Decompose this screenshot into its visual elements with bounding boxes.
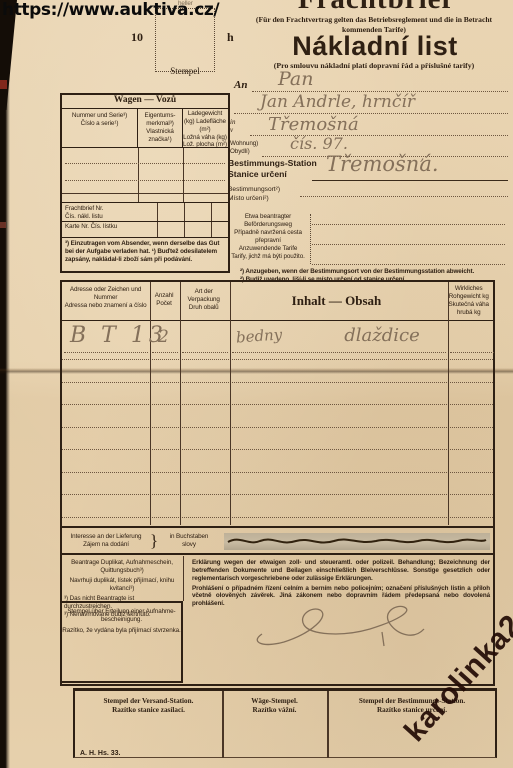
cargo-empty-row xyxy=(62,449,493,472)
wagen-entry-line xyxy=(65,162,225,164)
wagen-col-owner-cs: Vlastnická značka¹) xyxy=(146,128,174,143)
route-line xyxy=(312,230,505,245)
scan-edge xyxy=(0,0,10,768)
station-handwriting: Třemošná. xyxy=(326,152,439,176)
wagen-karte-row: Karte Nr. Čís. lístku xyxy=(62,222,228,238)
in-label-cs: v xyxy=(230,126,233,134)
wagen-col-load-cs: Ložná váha (kg) Lož. plocha (m²) xyxy=(183,134,227,147)
wagen-col-number: Nummer und Serie³) Číslo a serie¹) xyxy=(62,109,138,147)
route-footnote-de: ²) Anzugeben, wenn der Bestimmungsort vo… xyxy=(240,268,474,275)
tarife-label: Anzuwendende Tarife Tarify, jichž má být… xyxy=(228,245,308,261)
station-label-de: Bestimmungs-Station xyxy=(228,158,317,168)
wagen-entry-line xyxy=(65,179,225,181)
station-label-cs: Stanice určení xyxy=(228,169,287,179)
erklaerung-de: Erklärung wegen der etwaigen zoll- und s… xyxy=(192,559,490,582)
interesse-label: Interesse an der Lieferung Zájem na dodá… xyxy=(62,533,150,549)
befoerderungsweg-cs: Případně navržená cesta přepravní xyxy=(234,229,302,244)
duplikat-de: Beantrage Duplikat, Aufnahmeschein, Quit… xyxy=(71,559,173,574)
cargo-row-line xyxy=(152,351,178,353)
ort-label: Bestimmungsort²) Místo určení²) xyxy=(228,186,280,203)
red-mark xyxy=(0,222,6,228)
wagen-karte-cell xyxy=(184,222,211,237)
tarife-cs: Tarify, jichž má býti použito. xyxy=(231,253,305,260)
aufnahme-cs: Razítko, že vydána byla přijímací stvrze… xyxy=(62,627,180,634)
title-german: Frachtbrief xyxy=(250,0,500,16)
wagen-frachtbrief-cs: Čís. nákl. listu xyxy=(65,213,103,220)
befoerderungsweg-label: Etwa beantragter Beförderungsweg Případn… xyxy=(228,213,308,244)
cargo-col-packing-de: Art der Verpackung xyxy=(188,288,220,303)
cargo-row-line xyxy=(232,351,446,353)
stamp-value-right: h xyxy=(227,30,234,45)
wagen-frachtbrief-row: Frachtbrief Nr. Čís. nákl. listu xyxy=(62,203,228,222)
wagen-karte-cs: Čís. lístku xyxy=(91,223,118,230)
red-mark xyxy=(0,80,7,89)
wagen-footnote: ³) Einzutragen vom Absender, wenn dersel… xyxy=(62,238,228,266)
wagen-table: Wagen — Vozů Nummer und Serie³) Číslo a … xyxy=(60,93,230,273)
cargo-col-divider xyxy=(150,282,151,525)
form-number: A. H. Hs. 33. xyxy=(80,750,120,757)
cargo-col-mark: Adresse oder Zeichen und Nummer Adressa … xyxy=(62,282,149,320)
aufnahme-de: Stempel über Erteilung einer Aufnahme­be… xyxy=(67,608,175,623)
duplikat-cs: Navrhuji duplikát, lístek přijímací, kni… xyxy=(70,577,175,592)
befoerderungsweg-de: Etwa beantragter Beförderungsweg xyxy=(244,213,292,228)
wagen-col-owner-de: Eigentums­merkmal³) xyxy=(145,112,176,127)
title-czech: Nákladní list xyxy=(250,31,500,62)
cargo-col-count-de: Anzahl xyxy=(155,292,174,299)
buchstaben-cs: slovy xyxy=(182,541,196,548)
wagon-mark-handwriting: B T 13 xyxy=(70,323,167,348)
cargo-row-line xyxy=(64,351,148,353)
section-rule xyxy=(60,553,495,555)
wagen-col-load: Ladegewicht (kg) Ladefläche (m²) Ložná v… xyxy=(183,109,227,147)
place-handwriting: Třemošná xyxy=(268,114,359,135)
cargo-empty-row xyxy=(62,494,493,517)
wagen-karte-label: Karte Nr. Čís. lístku xyxy=(62,222,157,237)
wagen-body xyxy=(62,148,228,203)
interesse-label-de: Interesse an der Lieferung xyxy=(71,533,142,540)
cargo-col-divider xyxy=(180,282,181,525)
wagen-body-rule xyxy=(62,193,228,194)
route-line xyxy=(312,210,505,225)
wagen-frachtbrief-cell xyxy=(184,203,211,221)
erklaerung-block: Erklärung wegen der etwaigen zoll- und s… xyxy=(192,559,490,608)
wagen-title: Wagen — Vozů xyxy=(62,95,228,109)
buchstaben-label: in Buchstaben slovy xyxy=(160,533,218,549)
route-line xyxy=(312,250,505,265)
wagen-header-row: Nummer und Serie³) Číslo a serie¹) Eigen… xyxy=(62,109,228,148)
an-label: An xyxy=(234,79,247,91)
versand-stamp-label: Stempel der Versand-Station. Razítko sta… xyxy=(75,697,222,716)
cargo-header-row: Adresse oder Zeichen und Nummer Adressa … xyxy=(62,282,493,321)
cargo-empty-row xyxy=(62,427,493,450)
cargo-row-filled: B T 13 2 bedny dlaždice xyxy=(62,321,493,359)
count-handwriting: 2 xyxy=(158,327,169,347)
cargo-empty-row xyxy=(62,472,493,495)
cargo-col-packing-cs: Druh obalů xyxy=(189,304,219,311)
interesse-brace: } xyxy=(150,531,158,551)
stamp-value-left: 10 xyxy=(131,30,143,45)
wagen-frachtbrief-de: Frachtbrief Nr. xyxy=(65,205,103,212)
interesse-label-cs: Zájem na dodání xyxy=(83,541,129,548)
wohnung-label-cs: (Obydlí) xyxy=(228,148,250,155)
waage-stamp-cs: Razítko vážní. xyxy=(253,706,297,714)
wagen-col-number-cs: Číslo a serie¹) xyxy=(81,120,119,127)
cargo-col-packing: Art der Verpackung Druh obalů xyxy=(179,282,229,320)
cargo-table: Adresse oder Zeichen und Nummer Adressa … xyxy=(60,280,495,528)
wagen-karte-cell xyxy=(157,222,184,237)
cargo-col-divider xyxy=(448,282,449,525)
subtitle-czech: (Pro smlouvu nákladní platí dopravní řád… xyxy=(234,61,513,70)
interesse-value-box xyxy=(224,533,490,550)
signature-flourish xyxy=(232,602,432,654)
addressee-name-handwriting: Jan Andrle, hrnčíř xyxy=(260,92,415,112)
versand-stamp-de: Stempel der Versand-Station. xyxy=(104,697,194,705)
wohnung-label-de: (Wohnung) xyxy=(228,140,258,147)
waage-stamp-label: Wäge-Stempel. Razítko vážní. xyxy=(222,697,327,716)
wagen-karte-de: Karte Nr. xyxy=(65,223,89,230)
cargo-empty-row xyxy=(62,359,493,382)
tarife-de: Anzuwendende Tarife xyxy=(239,245,298,252)
waage-stamp-de: Wäge-Stempel. xyxy=(251,697,298,705)
wagen-col-load-de: Ladegewicht (kg) Ladefläche (m²) xyxy=(184,110,226,133)
in-label: in v xyxy=(230,119,235,134)
wohnung-label: (Wohnung) (Obydlí) xyxy=(228,140,258,156)
wagen-karte-cell xyxy=(211,222,228,237)
stamp-caption: Stempel xyxy=(150,66,220,76)
duplikat-divider xyxy=(183,556,184,601)
cargo-col-count-cs: Počet xyxy=(156,300,172,307)
cargo-col-weight-cs: Skutečná váha hrubá kg xyxy=(449,301,489,316)
cargo-col-divider xyxy=(230,282,231,525)
house-number-handwriting: čís. 97. xyxy=(290,134,348,153)
ort-label-de: Bestimmungsort²) xyxy=(228,186,280,193)
cargo-row-line xyxy=(450,351,494,353)
station-label: Bestimmungs-Station Stanice určení xyxy=(228,158,317,179)
cargo-empty-row xyxy=(62,404,493,427)
browser-url-overlay: https://www.auktiva.cz/ xyxy=(2,0,219,20)
buchstaben-de: in Buchstaben xyxy=(170,533,209,540)
cargo-col-content: Inhalt — Obsah xyxy=(228,282,444,320)
address-line xyxy=(300,182,508,197)
packing-handwriting: bedny xyxy=(235,325,282,346)
wagen-col-owner: Eigentums­merkmal³) Vlastnická značka¹) xyxy=(138,109,183,147)
cargo-empty-row xyxy=(62,382,493,405)
cargo-col-weight: Wirkliches Rohgewicht kg Skutečná váha h… xyxy=(444,282,493,320)
aufnahme-stamp-box: Stempel über Erteilung einer Aufnahme­be… xyxy=(60,601,183,683)
wagen-col-number-de: Nummer und Serie³) xyxy=(72,112,127,119)
cargo-col-mark-cs: Adressa nebo znamení a číslo xyxy=(65,302,147,309)
versand-stamp-cs: Razítko stanice zasílací. xyxy=(112,706,185,714)
cargo-col-count: Anzahl Počet xyxy=(149,282,179,320)
ort-label-cs: Místo určení²) xyxy=(228,195,269,202)
cargo-col-mark-de: Adresse oder Zeichen und Nummer xyxy=(70,286,141,301)
wagen-frachtbrief-label: Frachtbrief Nr. Čís. nákl. listu xyxy=(62,203,157,221)
crossed-out-scribble xyxy=(224,533,490,550)
content-handwriting: dlaždice xyxy=(292,325,472,346)
wagen-frachtbrief-cell xyxy=(211,203,228,221)
cargo-col-weight-de: Wirkliches Rohgewicht kg xyxy=(449,285,489,300)
wagen-frachtbrief-cell xyxy=(157,203,184,221)
addressee-salutation-handwriting: Pan xyxy=(278,68,314,90)
cargo-row-line xyxy=(182,351,228,353)
